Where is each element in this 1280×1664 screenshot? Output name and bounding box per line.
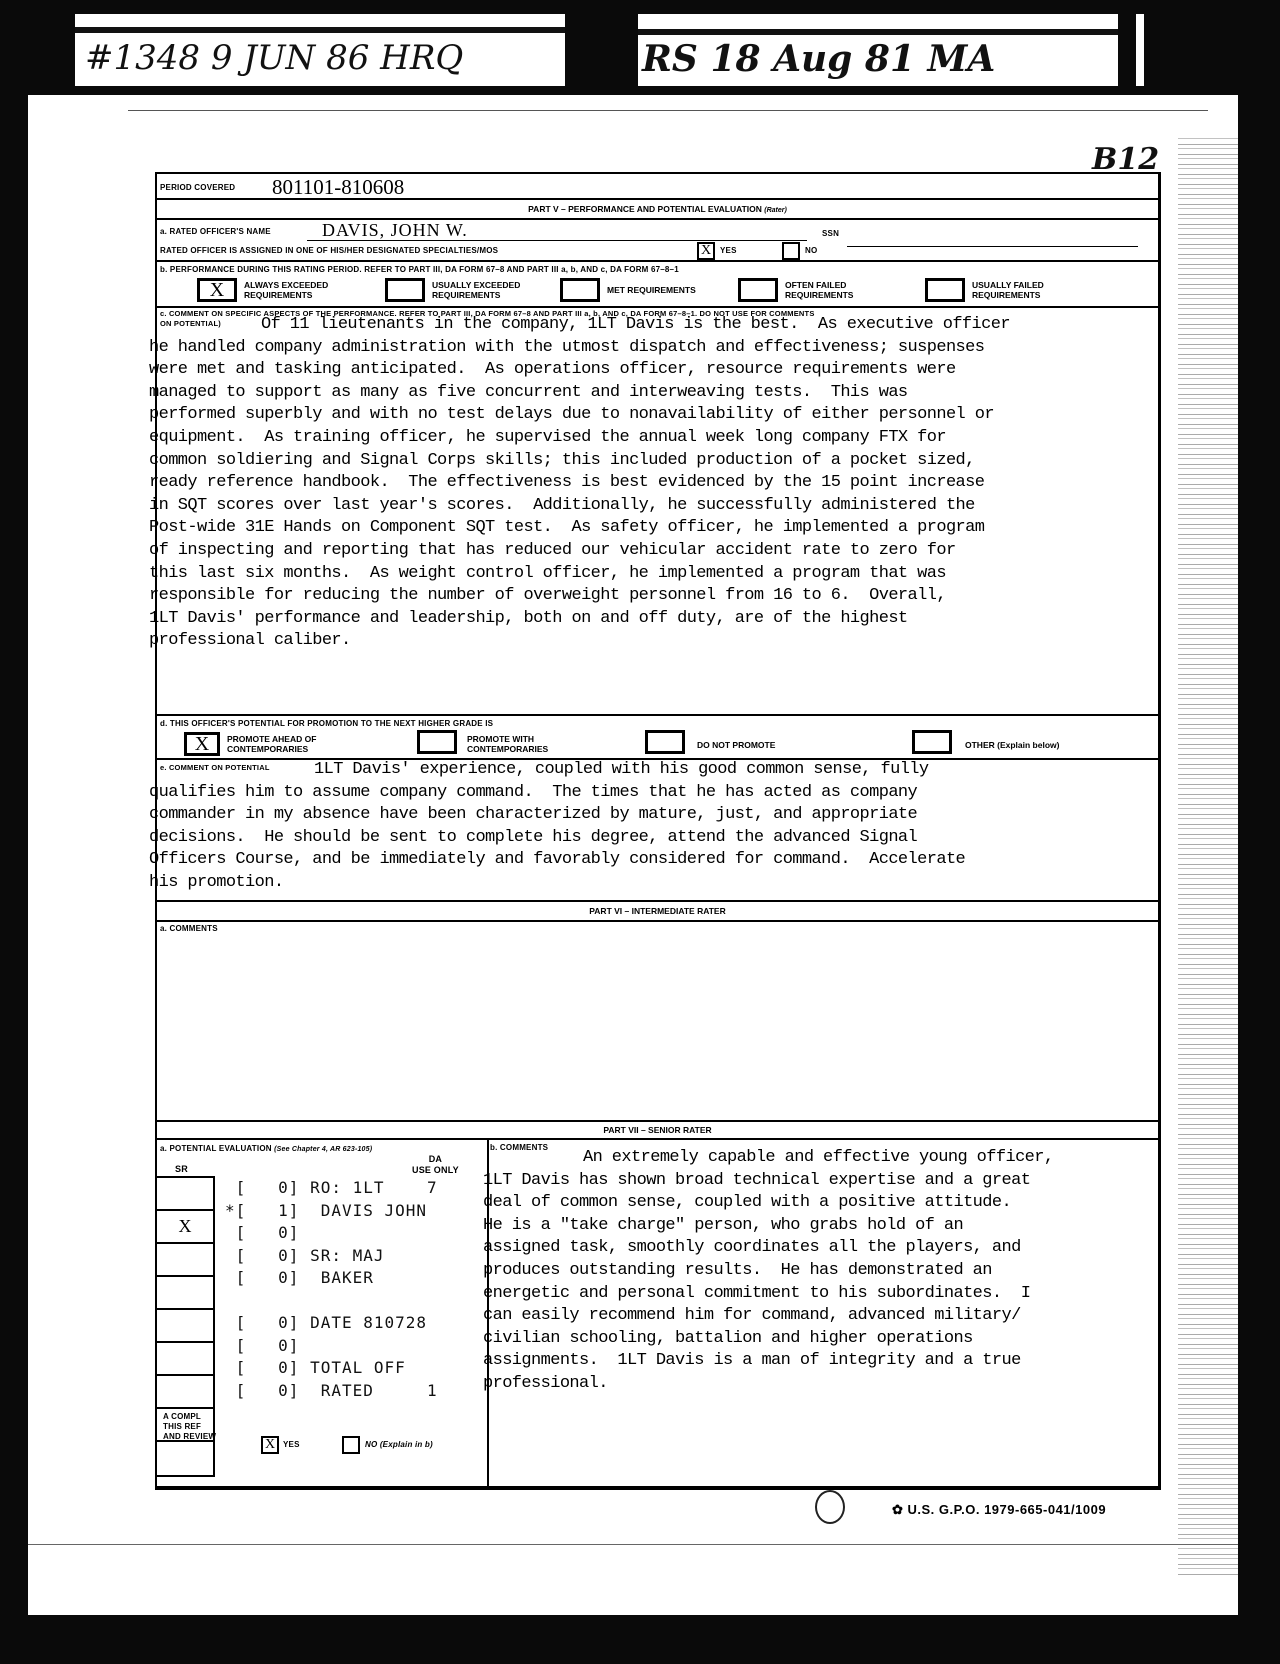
do-not-promote-checkbox[interactable]	[645, 730, 685, 754]
typed-line: performed superbly and with no test dela…	[149, 404, 1010, 427]
perf-usually-exceeded-label: USUALLY EXCEEDED REQUIREMENTS	[432, 280, 520, 300]
potential-eval-ref: (See Chapter 4, AR 623-105)	[274, 1146, 372, 1153]
printout-line: [ 0] TOTAL OFF	[225, 1357, 438, 1380]
completed-label: A COMPL THIS REF AND REVIEW	[163, 1412, 216, 1442]
scan-noise	[1178, 135, 1238, 1575]
completed-no-checkbox[interactable]	[342, 1436, 360, 1454]
period-covered-value: 801101-810608	[272, 175, 404, 200]
performance-rating-row: b. PERFORMANCE DURING THIS RATING PERIOD…	[157, 262, 1158, 308]
handwritten-label-left: #1348 9 JUN 86 HRQ	[75, 14, 565, 86]
printout-line: *[ 1] DAVIS JOHN	[225, 1200, 438, 1223]
promote-other-label: OTHER (Explain below)	[965, 740, 1059, 750]
typed-line: in SQT scores over last year's scores. A…	[149, 495, 1010, 518]
typed-line: produces outstanding results. He has dem…	[483, 1260, 1053, 1283]
part5-title: PART V – PERFORMANCE AND POTENTIAL EVALU…	[528, 204, 762, 214]
potential-comment-text: 1LT Davis' experience, coupled with his …	[149, 759, 965, 895]
promote-with-checkbox[interactable]	[417, 730, 457, 754]
typed-line: this last six months. As weight control …	[149, 563, 1010, 586]
specialty-no-label: NO	[805, 246, 817, 255]
senior-rater-comments-panel: b. COMMENTS An extremely capable and eff…	[487, 1140, 1158, 1486]
period-covered-label: PERIOD COVERED	[160, 183, 235, 192]
typed-line: energetic and personal commitment to his…	[483, 1283, 1053, 1306]
typed-line: Officers Course, and be immediately and …	[149, 849, 965, 872]
specialty-no-checkbox[interactable]	[782, 242, 800, 260]
edge-strip	[1136, 14, 1144, 86]
perf-usually-failed-checkbox[interactable]	[925, 278, 965, 302]
sr-box[interactable]	[157, 1277, 213, 1310]
sr-box[interactable]	[157, 1442, 213, 1475]
typed-line: Of 11 lieutenants in the company, 1LT Da…	[149, 314, 1010, 337]
printout-line: [ 0] RO: 1LT 7	[225, 1177, 438, 1200]
potential-evaluation-panel: a. POTENTIAL EVALUATION (See Chapter 4, …	[157, 1140, 489, 1486]
typed-line: deal of common sense, coupled with a pos…	[483, 1192, 1053, 1215]
typed-line: assigned task, smoothly coordinates all …	[483, 1237, 1053, 1260]
handwritten-right-text: RS 18 Aug 81 MA	[642, 38, 995, 80]
senior-rater-comment-text: An extremely capable and effective young…	[483, 1147, 1053, 1396]
typed-line: assignments. 1LT Davis is a man of integ…	[483, 1350, 1053, 1373]
printout-line: [ 0] SR: MAJ	[225, 1245, 438, 1268]
specialty-yes-checkbox[interactable]: X	[697, 242, 715, 260]
top-rule	[128, 110, 1208, 111]
typed-line: 1LT Davis' performance and leadership, b…	[149, 608, 1010, 631]
sr-box[interactable]	[157, 1376, 213, 1409]
printout-line: [ 0] RATED 1	[225, 1380, 438, 1403]
part6-comments-label: a. COMMENTS	[160, 924, 218, 933]
computer-printout: [ 0] RO: 1LT 7*[ 1] DAVIS JOHN [ 0] [ 0]…	[225, 1177, 438, 1402]
do-not-promote-label: DO NOT PROMOTE	[697, 740, 775, 750]
specialty-row: RATED OFFICER IS ASSIGNED IN ONE OF HIS/…	[157, 240, 1158, 262]
typed-line: decisions. He should be sent to complete…	[149, 827, 965, 850]
printout-line: [ 0] BAKER	[225, 1267, 438, 1290]
bottom-rule	[28, 1544, 1238, 1545]
typed-line: his promotion.	[149, 872, 965, 895]
performance-comment-text: Of 11 lieutenants in the company, 1LT Da…	[149, 314, 1010, 653]
part7-body: a. POTENTIAL EVALUATION (See Chapter 4, …	[157, 1140, 1158, 1486]
sr-box[interactable]	[157, 1343, 213, 1376]
da-use-only-label: DA USE ONLY	[412, 1154, 459, 1176]
promotion-label: d. THIS OFFICER'S POTENTIAL FOR PROMOTIO…	[160, 719, 493, 728]
part6-title-row: PART VI – INTERMEDIATE RATER	[157, 902, 1158, 922]
potential-eval-title: a. POTENTIAL EVALUATION	[160, 1144, 272, 1153]
promote-ahead-checkbox[interactable]: X	[184, 732, 220, 756]
printout-line: [ 0]	[225, 1335, 438, 1358]
handwritten-left-text: #1348 9 JUN 86 HRQ	[85, 38, 463, 78]
typed-line: of inspecting and reporting that has red…	[149, 540, 1010, 563]
page-ring-mark	[815, 1490, 845, 1524]
printout-line: [ 0]	[225, 1222, 438, 1245]
sr-box[interactable]	[157, 1178, 213, 1211]
typed-line: common soldiering and Signal Corps skill…	[149, 450, 1010, 473]
perf-often-failed-label: OFTEN FAILED REQUIREMENTS	[785, 280, 853, 300]
typed-line: qualifies him to assume company command.…	[149, 782, 965, 805]
typed-line: 1LT Davis has shown broad technical expe…	[483, 1170, 1053, 1193]
completed-yes-label: YES	[283, 1440, 300, 1449]
typed-line: equipment. As training officer, he super…	[149, 427, 1010, 450]
sr-box[interactable]	[157, 1244, 213, 1277]
completed-no-label: NO (Explain in b)	[365, 1440, 433, 1449]
perf-met-checkbox[interactable]	[560, 278, 600, 302]
footer-imprint: ✿ U.S. G.P.O. 1979-665-041/1009	[892, 1502, 1106, 1518]
ssn-label: SSN	[822, 229, 839, 238]
period-covered-row: PERIOD COVERED 801101-810608	[157, 174, 1158, 200]
promotion-potential-row: d. THIS OFFICER'S POTENTIAL FOR PROMOTIO…	[157, 716, 1158, 760]
sr-box[interactable]: X	[157, 1211, 213, 1244]
perf-usually-exceeded-checkbox[interactable]	[385, 278, 425, 302]
typed-line: managed to support as many as five concu…	[149, 382, 1010, 405]
typed-line: He is a "take charge" person, who grabs …	[483, 1215, 1053, 1238]
typed-line: ready reference handbook. The effectiven…	[149, 472, 1010, 495]
typed-line: 1LT Davis' experience, coupled with his …	[149, 759, 965, 782]
perf-always-exceeded-checkbox[interactable]: X	[197, 278, 237, 302]
typed-line: commander in my absence have been charac…	[149, 804, 965, 827]
typed-line: can easily recommend him for command, ad…	[483, 1305, 1053, 1328]
performance-label: b. PERFORMANCE DURING THIS RATING PERIOD…	[160, 265, 679, 274]
promote-with-label: PROMOTE WITH CONTEMPORARIES	[467, 734, 548, 754]
specialty-yes-label: YES	[720, 246, 737, 255]
part7-title-row: PART VII – SENIOR RATER	[157, 1122, 1158, 1140]
potential-comment-section: e. COMMENT ON POTENTIAL 1LT Davis' exper…	[157, 760, 1158, 902]
handwritten-label-right: RS 18 Aug 81 MA	[638, 14, 1118, 86]
typed-line: he handled company administration with t…	[149, 337, 1010, 360]
typed-line: Post-wide 31E Hands on Component SQT tes…	[149, 517, 1010, 540]
typed-line: responsible for reducing the number of o…	[149, 585, 1010, 608]
part5-title-row: PART V – PERFORMANCE AND POTENTIAL EVALU…	[157, 200, 1158, 220]
perf-met-label: MET REQUIREMENTS	[607, 285, 696, 295]
sr-header: SR	[175, 1164, 188, 1174]
typed-line: An extremely capable and effective young…	[483, 1147, 1053, 1170]
promote-other-checkbox[interactable]	[912, 730, 952, 754]
typed-line: were met and tasking anticipated. As ope…	[149, 359, 1010, 382]
typed-line: professional.	[483, 1373, 1053, 1396]
part7-title: PART VII – SENIOR RATER	[157, 1125, 1158, 1135]
completed-yes-checkbox[interactable]: X	[261, 1436, 279, 1454]
typed-line: civilian schooling, battalion and higher…	[483, 1328, 1053, 1351]
part6-title: PART VI – INTERMEDIATE RATER	[157, 906, 1158, 916]
perf-always-exceeded-label: ALWAYS EXCEEDED REQUIREMENTS	[244, 280, 328, 300]
rated-officer-name: DAVIS, JOHN W.	[322, 220, 468, 241]
typed-line: professional caliber.	[149, 630, 1010, 653]
rated-officer-label: a. RATED OFFICER'S NAME	[160, 227, 271, 236]
evaluation-form: PERIOD COVERED 801101-810608 PART V – PE…	[155, 172, 1161, 1490]
potential-eval-label: a. POTENTIAL EVALUATION (See Chapter 4, …	[160, 1144, 372, 1153]
promote-ahead-label: PROMOTE AHEAD OF CONTEMPORARIES	[227, 734, 316, 754]
sr-box[interactable]	[157, 1310, 213, 1343]
performance-comment-section: c. COMMENT ON SPECIFIC ASPECTS OF THE PE…	[157, 308, 1158, 716]
specialty-label: RATED OFFICER IS ASSIGNED IN ONE OF HIS/…	[160, 246, 498, 255]
perf-usually-failed-label: USUALLY FAILED REQUIREMENTS	[972, 280, 1044, 300]
perf-often-failed-checkbox[interactable]	[738, 278, 778, 302]
part6-comments-section: a. COMMENTS	[157, 922, 1158, 1122]
printout-line: [ 0] DATE 810728	[225, 1312, 438, 1335]
printout-line	[225, 1290, 438, 1313]
part5-title-suffix: (Rater)	[764, 207, 787, 214]
officer-name-row: a. RATED OFFICER'S NAME DAVIS, JOHN W. S…	[157, 220, 1158, 242]
